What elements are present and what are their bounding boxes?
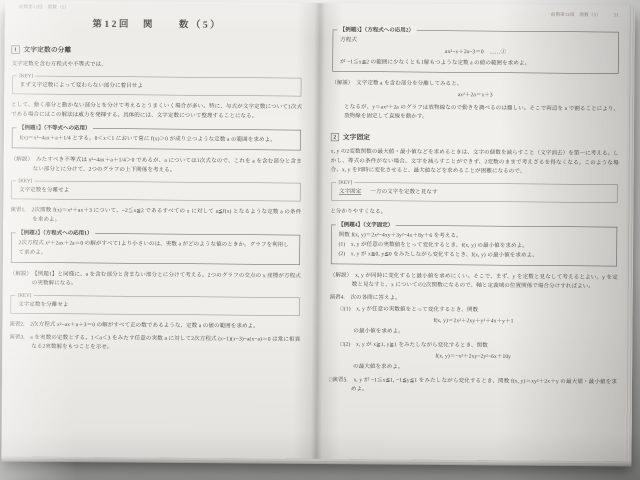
key-tag-3: [KEY] [15, 291, 34, 300]
drill-5: □演習5. x, y が −1≦x≦1, −1≦y≦1 をみたしながら変化すると… [329, 375, 617, 396]
key-term-4: 文字固定 [339, 188, 361, 195]
drill-4-item2-tail: の最大値を求めよ。 [353, 362, 617, 373]
paragraph-3: と分かりやすくなる。 [330, 206, 618, 218]
drill-4-item2-head: □(2) x, y が x≧1, y≧1 をみたしながら変化するとき、関数 [340, 340, 617, 352]
section-heading-1: 1文字定数の分離 [12, 44, 303, 58]
solution-4: （解説） x, y が同時に変化すると最小値を求めにくい。そこで、まず、y を定… [330, 270, 618, 291]
photo-of-open-textbook: 前期第12回 関数（5） 第12回 関 数（5） 1文字定数の分離 文字定数を含… [0, 0, 640, 480]
example-text-2: 2次方程式 x²＋2ax＋2a＝0 の解がすべて1より小さいのは、実数 a がど… [18, 238, 292, 259]
key-box-3: [KEY] 文字定数を分離せよ [11, 295, 300, 316]
left-page-content: 前期第12回 関数（5） 第12回 関 数（5） 1文字定数の分離 文字定数を含… [1, 1, 320, 459]
drill-4-item1-formula: f(x, y)＝2x²＋2xy＋y²＋4x＋y＋1 [329, 315, 617, 327]
drill-text-3: a を実数の定数とする。1＜a＜3 をみたす任意の実数 a に対して2次方程式 … [30, 334, 300, 350]
drill-3: 演習3. a を実数の定数とする。1＜a＜3 をみたす任意の実数 a に対して2… [9, 332, 300, 353]
drill-4-item1-head: □(1) x, y が任意の実数値をとって変化するとき、関数 [341, 304, 618, 316]
drill-4-item2-formula: f(x, y)＝−x²＋2xy−2y²−6x＋10y [329, 351, 617, 363]
intro-text: 文字定数を含む方程式や不等式では、 [11, 59, 302, 71]
example-3-line1: 方程式 [340, 35, 611, 46]
drill-tag-2: 演習2. [9, 321, 24, 327]
section-heading-2: 2文字固定 [331, 132, 619, 146]
solution-tag-4: （解説） [330, 272, 350, 278]
key-box-1: [KEY] まず文字定数によって変わらない部分に着目せよ [12, 76, 301, 97]
drill-tag-5: □演習5. [329, 376, 348, 382]
example-tag-1: 【例題1】（不等式への応用） [16, 123, 93, 133]
key-tag-1: [KEY] [17, 72, 36, 81]
drill-text-2: 2次方程式 x²−ax＋a＋3＝0 の解がすべて正の数であるような、定数 a の… [30, 321, 259, 329]
solution-4-text: x, y が同時に変化すると最小値を求めにくい。そこで、まず、y を定数と見なし… [352, 272, 618, 289]
key-text-4: 一方の文字を定数と見なす [370, 188, 437, 195]
example-tag-4: 【例題4】（文字固定） [336, 220, 396, 230]
solution-tag-3: （解説） [331, 80, 350, 86]
section-label-2: 文字固定 [343, 133, 370, 141]
drill-5-text: x, y が −1≦x≦1, −1≦y≦1 をみたしながら変化するとき、関数 f… [351, 377, 617, 392]
running-head-right-text: 前期第12回 関数（5） [551, 12, 601, 17]
drill-4-lead: 次の各問に答えよ。 [350, 294, 400, 300]
key-box-2: [KEY] 文字定数を分離せよ [11, 181, 300, 202]
example-box-3: 【例題3】（方程式への応用2） 方程式 ax²−x＋2a−3＝0 ……① が −… [332, 30, 618, 74]
drill-tag-4: 演習4. [330, 294, 345, 300]
solution-1: （解説） みたすべき不等式は x²−4ax＋a＋1/4＞0 であるが、a につい… [11, 155, 302, 176]
section-number-2: 2 [331, 133, 339, 141]
key-text-1: まず文字定数によって変わらない部分に着目せよ [20, 80, 294, 91]
key-box-4: [KEY] 文字固定一方の文字を定数と見なす [331, 182, 617, 203]
example-text-1: f(x)＝x²−4ax＋a＋1/4 とする。0＜x＜1 において常に f(x)＞… [19, 133, 293, 144]
page-number: 51 [614, 12, 619, 17]
paragraph-2: x, y の2変数関数の最大値・最小値などを求めるときは、文字の個数を減らすこと… [331, 147, 619, 177]
book-spread: 前期第12回 関数（5） 第12回 関 数（5） 1文字定数の分離 文字定数を含… [1, 1, 635, 462]
key-tag-2: [KEY] [16, 177, 35, 186]
right-page-content: 前期第12回 関数（5）51 【例題3】（方程式への応用2） 方程式 ax²−x… [316, 3, 635, 461]
example-box-4: 【例題4】（文字固定） 関数 f(x, y)＝2x²−4xy＋3y²−4x＋8y… [331, 225, 617, 266]
paragraph-1: として、動く部分と動かない部分とを分けて考えるとうまくいく場合が多い。特に、与式… [11, 100, 302, 121]
solution-3: （解説） 文字定数 a を含む部分を分離してみると、 [331, 78, 619, 90]
drill-tag-1: 演習1. [10, 207, 25, 213]
key-tag-4: [KEY] [336, 178, 355, 187]
running-head-left: 前期第12回 関数（5） [19, 3, 303, 13]
key-text-2: 文字定数を分離せよ [19, 185, 293, 196]
example-3-formula: ax²−x＋2a−3＝0 ……① [340, 46, 611, 57]
drill-1: 演習1. 2次関数 f(x)＝x²＋ax＋3 について、−2≦x≦2 であるすべ… [10, 205, 301, 226]
section-label-1: 文字定数の分離 [23, 45, 71, 53]
example-box-1: 【例題1】（不等式への応用） f(x)＝x²−4ax＋a＋1/4 とする。0＜x… [12, 128, 301, 151]
solution-text-1: みたすべき不等式は x²−4ax＋a＋1/4＞0 であるが、a については1次式… [33, 156, 302, 172]
right-page: 前期第12回 関数（5）51 【例題3】（方程式への応用2） 方程式 ax²−x… [316, 3, 635, 461]
example-3-text: が −1≦x≦2 の範囲に少なくとも1解もつような定数 a の値の範囲を求めよ。 [340, 57, 611, 68]
solution-3-line1: 文字定数 a を含む部分を分離してみると、 [356, 80, 462, 87]
solution-2: （解説） 【例題1】と同様に、a を含む部分と含まない部分とに分けて考える。2つ… [10, 269, 301, 290]
left-page: 前期第12回 関数（5） 第12回 関 数（5） 1文字定数の分離 文字定数を含… [1, 1, 320, 459]
section-number-1: 1 [12, 45, 20, 53]
solution-tag-2: （解説） [10, 270, 29, 276]
solution-3-text: となるが、y＝ax²＋2a のグラフは放物線なので動きを調べるのは難しい。そこで… [331, 102, 619, 123]
solution-tag-1: （解説） [11, 156, 31, 162]
drill-text-1: 2次関数 f(x)＝x²＋ax＋3 について、−2≦x≦2 であるすべての x … [31, 207, 301, 223]
example-tag-3: 【例題3】（方程式への応用2） [337, 25, 416, 35]
solution-text-2: 【例題1】と同様に、a を含む部分と含まない部分とに分けて考える。2つのグラフの… [32, 271, 301, 287]
lesson-title: 第12回 関 数（5） [12, 16, 303, 34]
example-tag-2: 【例題2】（方程式への応用1） [16, 228, 95, 238]
running-head-right: 前期第12回 関数（5）51 [332, 9, 619, 19]
solution-3-formula: ax²＋2a＝x＋3 [331, 89, 619, 101]
drill-4-item1-tail: の最小値を求めよ。 [353, 326, 617, 337]
example-4-item2: (2) x, y が x≧0, y≦0 をみたしながら変化するとき、f(x, y… [338, 249, 609, 260]
drill-tag-3: 演習3. [9, 334, 24, 340]
drill-2: 演習2. 2次方程式 x²−ax＋a＋3＝0 の解がすべて正の数であるような、定… [9, 320, 300, 332]
key-text-3: 文字定数を分離せよ [18, 300, 292, 311]
example-box-2: 【例題2】（方程式への応用1） 2次方程式 x²＋2ax＋2a＝0 の解がすべて… [11, 233, 300, 265]
drill-4: 演習4. 次の各問に答えよ。 [330, 293, 618, 305]
